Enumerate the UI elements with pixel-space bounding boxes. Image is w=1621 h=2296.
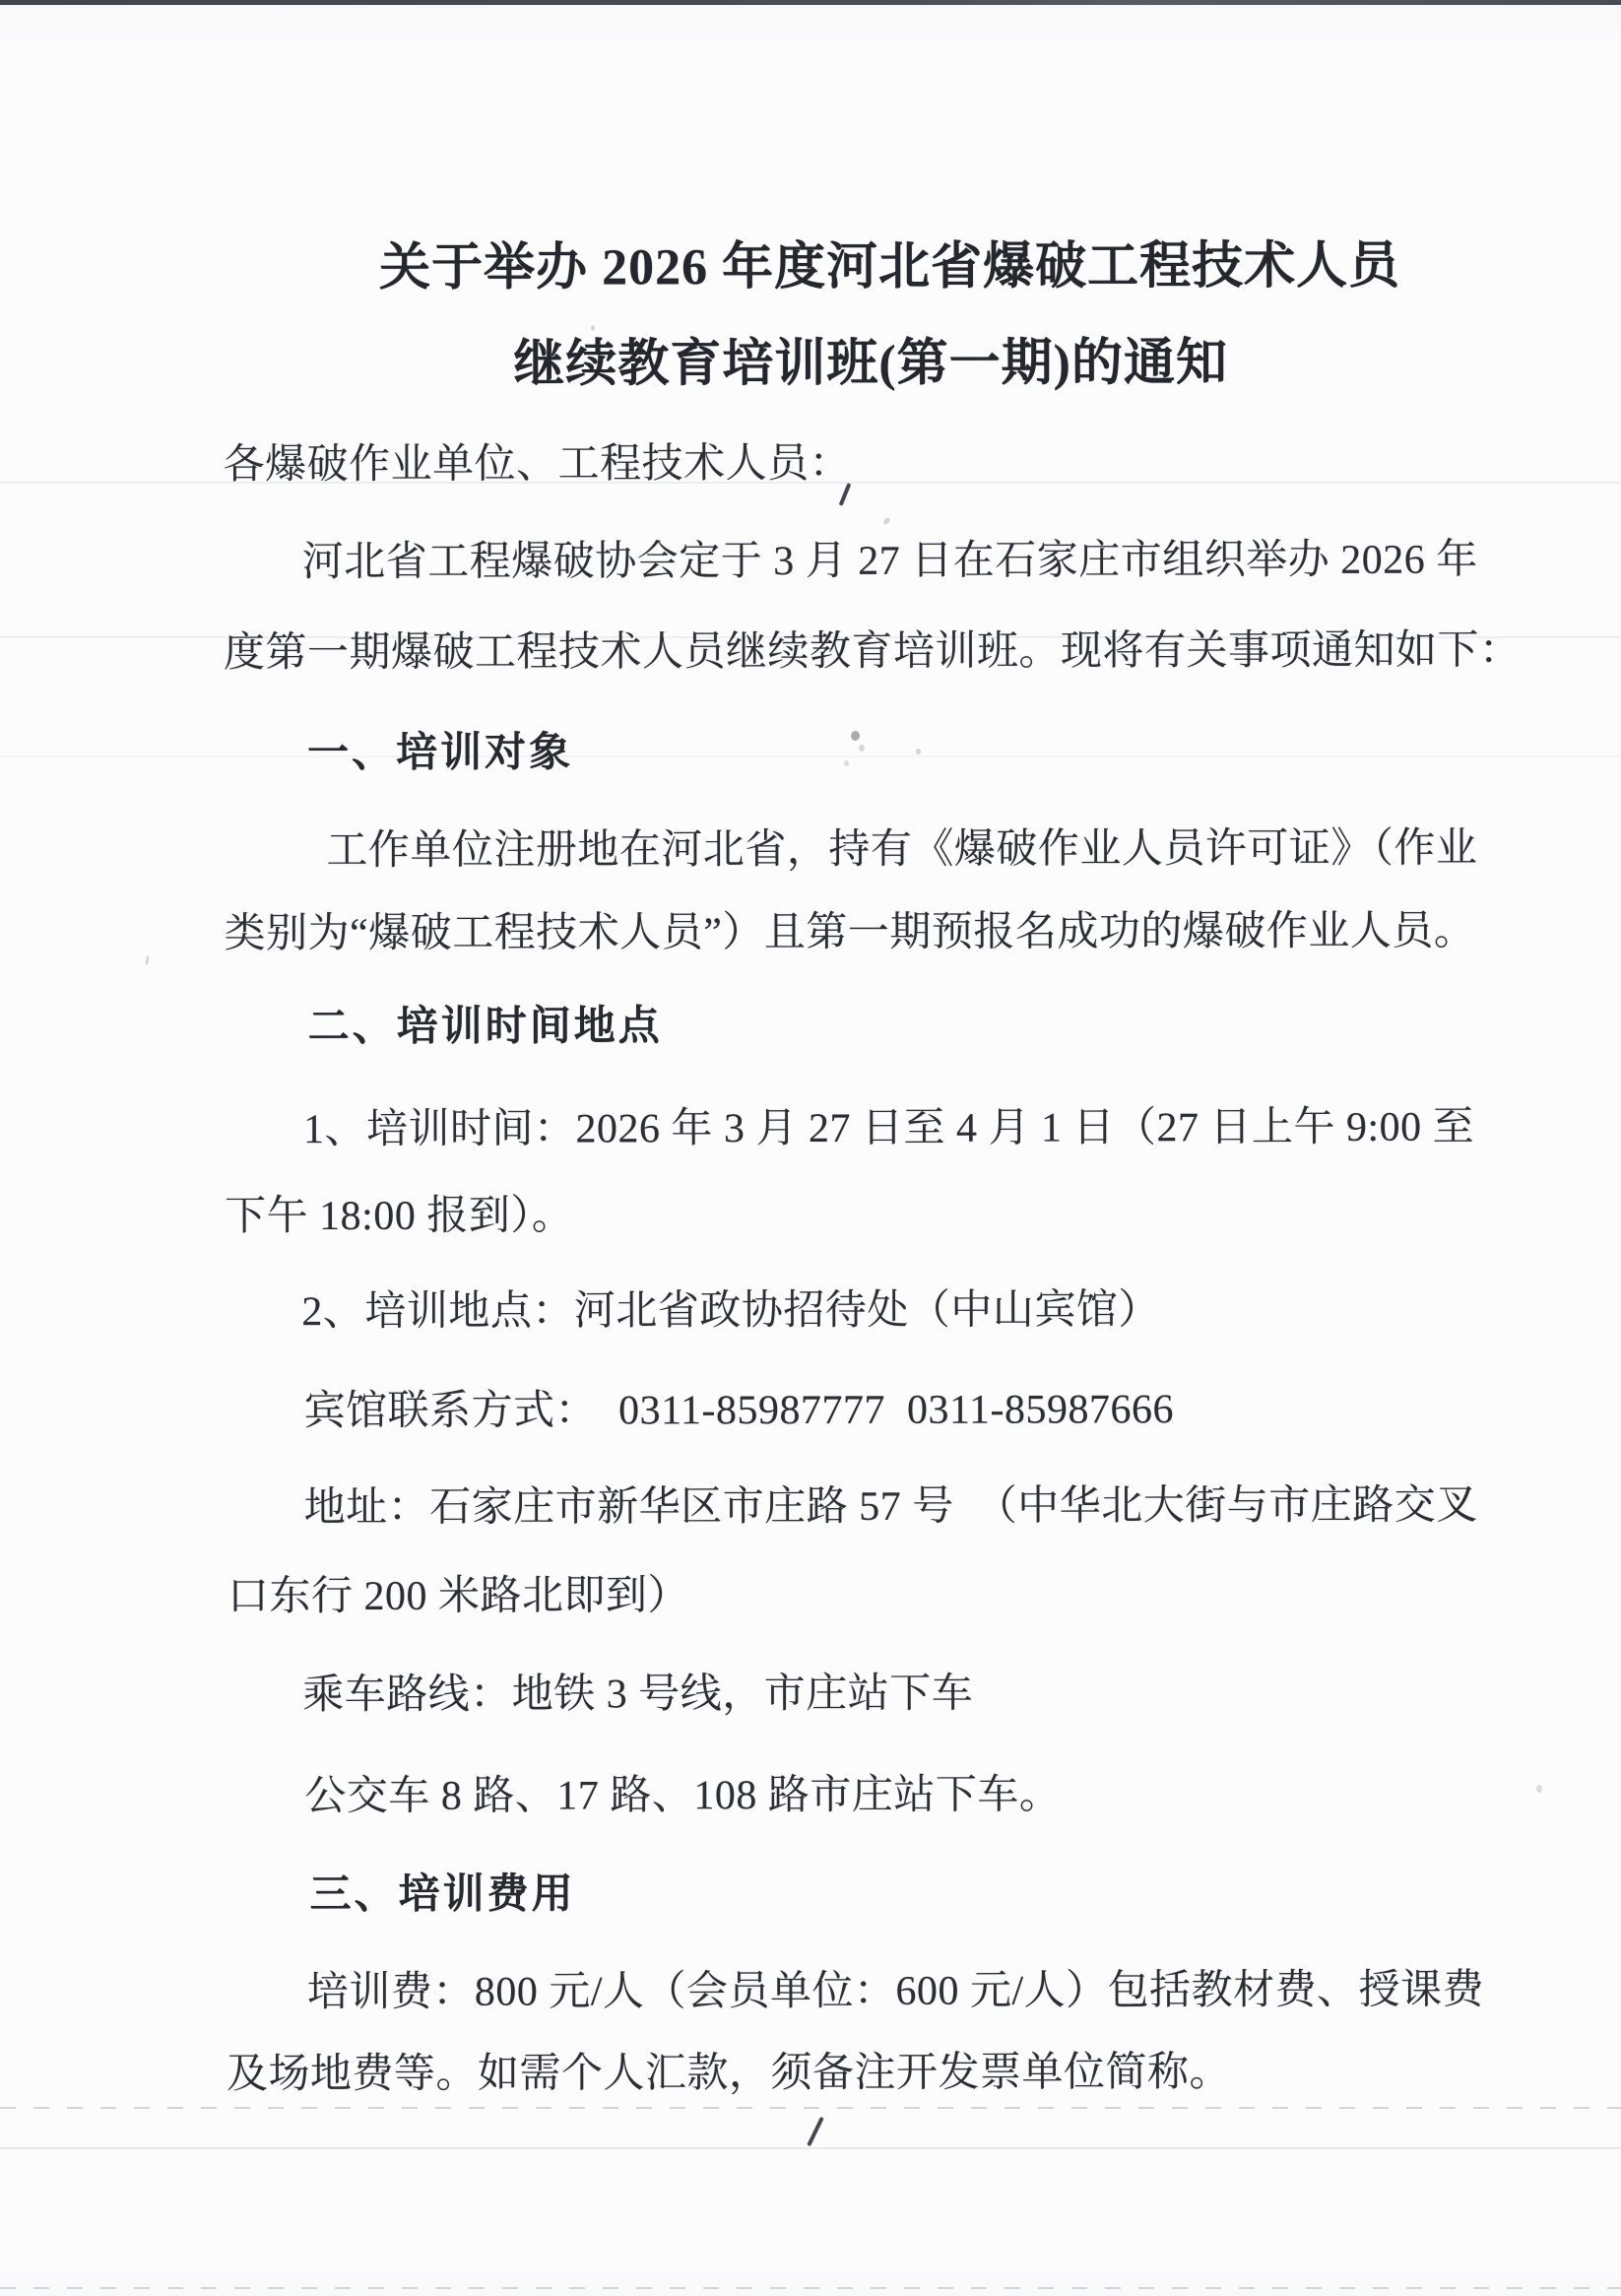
section-1-line-1: 工作单位注册地在河北省，持有《爆破作业人员许可证》（作业 (326, 816, 1477, 877)
training-time-line-1: 1、培训时间：2026 年 3 月 27 日至 4 月 1 日（27 日上午 9… (303, 1094, 1474, 1155)
salutation-line: 各爆破作业单位、工程技术人员： (223, 430, 851, 491)
section-3-heading: 三、培训费用 (310, 1862, 576, 1922)
training-time-line-2: 下午 18:00 报到）。 (225, 1183, 573, 1243)
hotel-contact-line: 宾馆联系方式： 0311-85987777 0311-85987666 (303, 1376, 1173, 1437)
intro-line-1: 河北省工程爆破协会定于 3 月 27 日在石家庄市组织举办 2026 年 (302, 527, 1478, 589)
scanned-notice-page: 关于举办 2026 年度河北省爆破工程技术人员 继续教育培训班(第一期)的通知 … (0, 0, 1621, 2296)
fee-line-1: 培训费：800 元/人（会员单位：600 元/人）包括教材费、授课费 (307, 1957, 1484, 2019)
address-line-2: 口东行 200 米路北即到） (227, 1562, 689, 1622)
notice-body: 关于举办 2026 年度河北省爆破工程技术人员 继续教育培训班(第一期)的通知 … (0, 0, 1621, 2296)
section-1-line-2: 类别为“爆破工程技术人员”）且第一期预报名成功的爆破作业人员。 (224, 898, 1475, 960)
notice-title-line-2: 继续教育培训班(第一期)的通知 (513, 320, 1228, 396)
section-2-heading: 二、培训时间地点 (308, 993, 663, 1053)
bus-route-line: 公交车 8 路、17 路、108 路市庄站下车。 (304, 1761, 1061, 1822)
fee-line-2: 及场地费等。如需个人汇款，须备注开发票单位简称。 (227, 2039, 1231, 2100)
metro-route-line: 乘车路线：地铁 3 号线，市庄站下车 (302, 1661, 973, 1721)
notice-title-line-1: 关于举办 2026 年度河北省爆破工程技术人员 (379, 224, 1400, 299)
section-1-heading: 一、培训对象 (307, 720, 573, 780)
intro-line-2: 度第一期爆破工程技术人员继续教育培训班。现将有关事项通知如下： (224, 617, 1522, 679)
training-venue-line: 2、培训地点：河北省政协招待处（中山宾馆） (301, 1277, 1160, 1338)
address-line-1: 地址：石家庄市新华区市庄路 57 号 （中华北大街与市庄路交叉 (304, 1473, 1478, 1534)
